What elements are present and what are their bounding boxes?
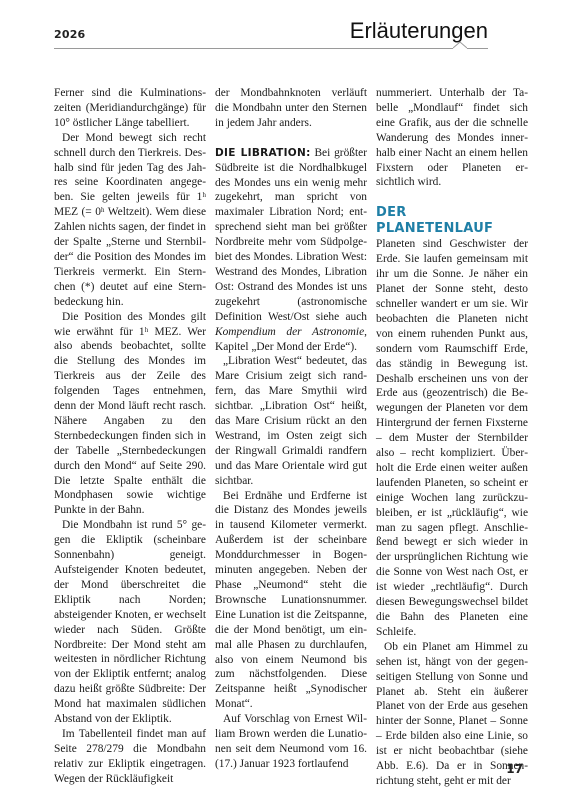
libration-text: Bei größter Südbreite ist die Nordhalbku… — [215, 147, 367, 323]
text-column-1: Ferner sind die Kulminations­zeiten (Mer… — [54, 86, 206, 787]
paragraph: Der Mond bewegt sich recht schnell durch… — [54, 131, 206, 310]
section-heading: DER PLANETENLAUF — [376, 205, 528, 237]
page-title: Erläuterungen — [350, 18, 488, 44]
paragraph: nummeriert. Unterhalb der Ta­belle „Mond… — [376, 86, 528, 190]
paragraph: Im Tabellenteil findet man auf Seite 278… — [54, 727, 206, 787]
paragraph: „Libration West“ bedeutet, das Mare Cris… — [215, 354, 367, 488]
header-notch-icon — [453, 41, 467, 49]
paragraph: Die Position des Mondes gilt wie erwähnt… — [54, 310, 206, 519]
document-page: 2026 Erläuterungen Ferner sind die Kulmi… — [0, 0, 563, 800]
book-title: Kompendium der Astronomie — [215, 326, 364, 338]
paragraph: Bei Erdnähe und Erdferne ist die Distanz… — [215, 489, 367, 713]
header-year: 2026 — [54, 28, 85, 41]
paragraph: Ferner sind die Kulminations­zeiten (Mer… — [54, 86, 206, 131]
libration-label: DIE LIBRATION: — [215, 147, 311, 159]
text-column-3: nummeriert. Unterhalb der Ta­belle „Mond… — [376, 86, 528, 789]
paragraph: Auf Vorschlag von Ernest Wil­liam Brown … — [215, 712, 367, 772]
paragraph: Ob ein Planet am Himmel zu sehen ist, hä… — [376, 640, 528, 789]
libration-paragraph: DIE LIBRATION: Bei größter Südbreite ist… — [215, 146, 367, 355]
header-rule — [54, 48, 488, 49]
text-column-2: der Mondbahnknoten verläuft die Mondbahn… — [215, 86, 367, 772]
paragraph: Die Mondbahn ist rund 5° ge­gen die Ekli… — [54, 518, 206, 727]
page-number: 17 — [506, 762, 523, 776]
paragraph: der Mondbahnknoten verläuft die Mondbahn… — [215, 86, 367, 131]
paragraph: Planeten sind Geschwister der Erde. Sie … — [376, 237, 528, 639]
